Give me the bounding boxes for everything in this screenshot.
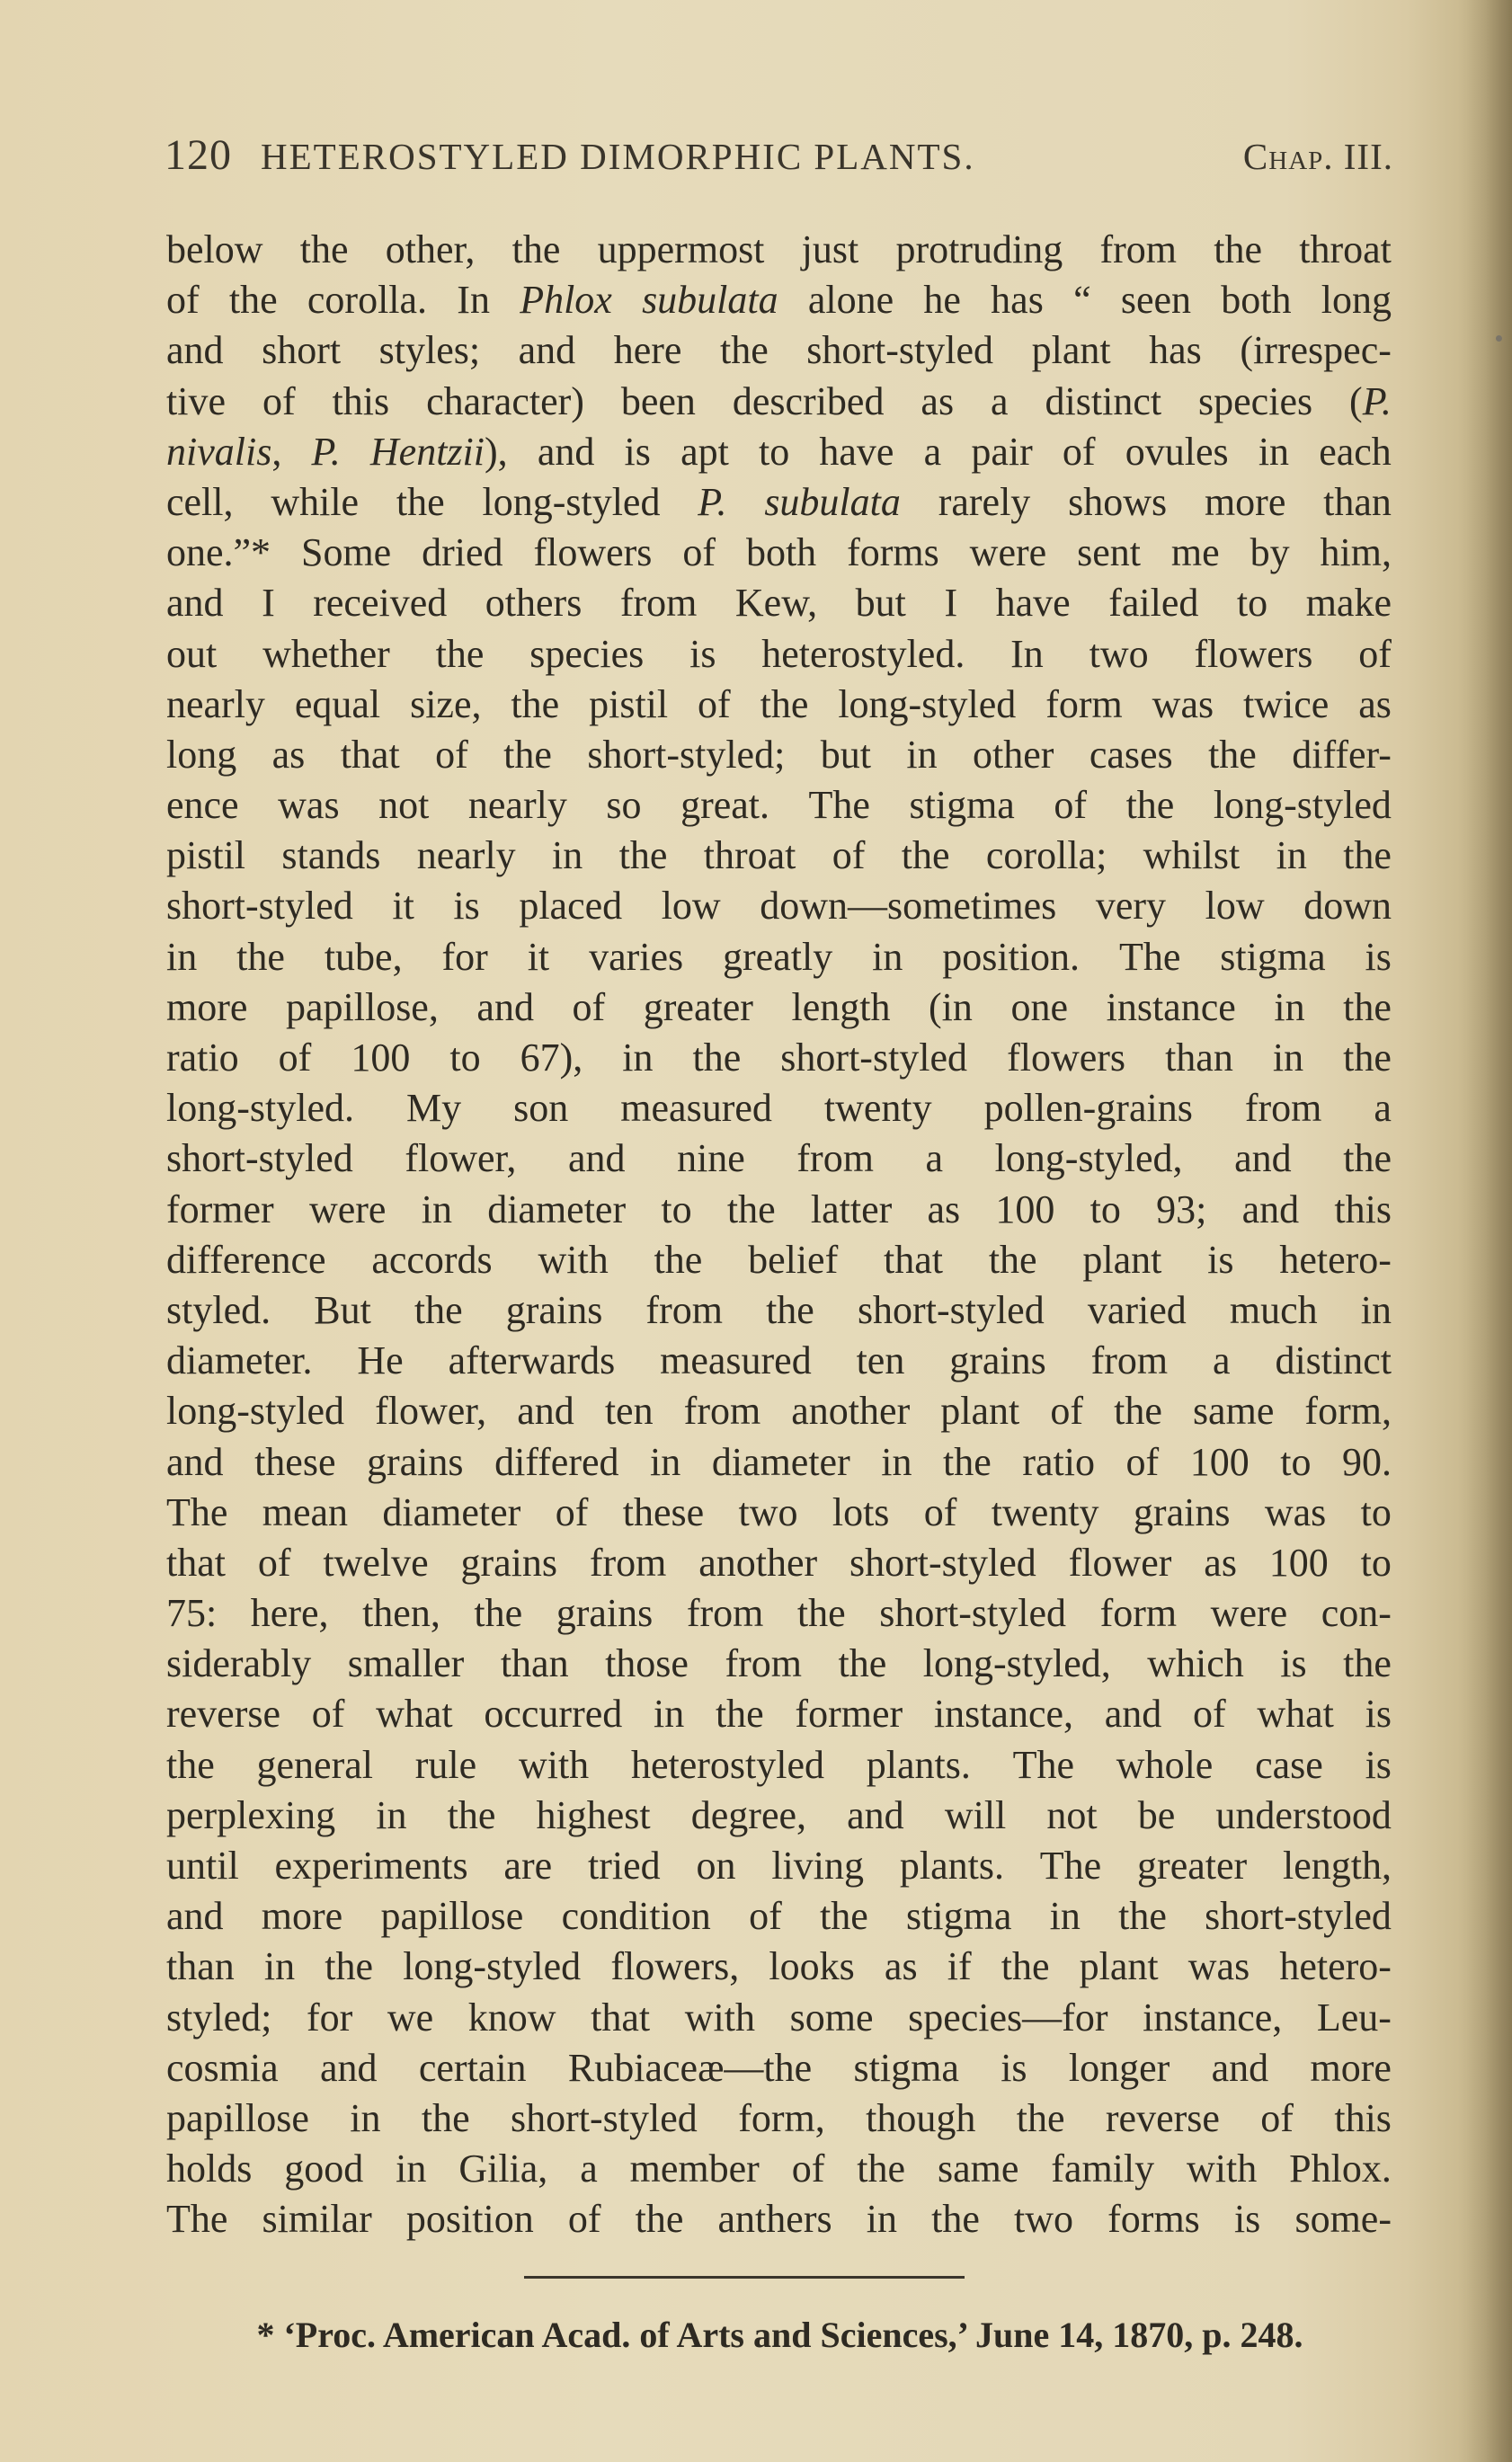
word: (irrespec-	[1240, 325, 1392, 376]
word: the	[760, 680, 809, 730]
word: The	[809, 780, 870, 831]
word: hetero-	[1279, 1942, 1392, 1992]
word: My	[406, 1083, 461, 1133]
word: experiments	[275, 1841, 468, 1891]
word: as	[928, 1185, 961, 1235]
word: so	[606, 780, 641, 831]
word: hetero-	[1279, 1235, 1392, 1285]
text-line: Themeandiameterofthesetwolotsoftwentygra…	[166, 1488, 1392, 1538]
word: of	[832, 831, 866, 881]
word: plants.	[900, 1841, 1004, 1891]
word: family	[1051, 2144, 1154, 2194]
word: Some	[301, 528, 391, 578]
word: other,	[386, 225, 476, 275]
word: same	[938, 2144, 1018, 2194]
word: twelve	[323, 1538, 428, 1588]
text-line: longasthatoftheshort-styled;butinotherca…	[166, 730, 1392, 780]
word: belief	[748, 1235, 838, 1285]
word: below	[166, 225, 263, 275]
word: to	[449, 1033, 480, 1083]
word: is	[1280, 1639, 1306, 1689]
word: and	[1105, 1689, 1162, 1739]
word: be	[1138, 1791, 1176, 1841]
word: whole	[1116, 1740, 1214, 1791]
word: these	[623, 1488, 704, 1538]
word: certain	[419, 2043, 527, 2093]
word: of	[698, 680, 731, 730]
word: of	[166, 275, 200, 325]
text-line: thegeneralrulewithheterostyledplants.The…	[166, 1740, 1392, 1791]
word: nearly	[417, 831, 516, 881]
word: stigma	[910, 780, 1015, 831]
word: the	[236, 932, 285, 982]
text-line: diameter.Heafterwardsmeasuredtengrainsfr…	[166, 1336, 1392, 1386]
word: as	[921, 377, 954, 427]
word: Gilia,	[458, 2144, 547, 2194]
word: which	[1147, 1639, 1244, 1689]
text-line: andIreceivedothersfromKew,butIhavefailed…	[166, 578, 1392, 628]
word: in	[376, 1791, 406, 1841]
word: in	[264, 1942, 295, 1992]
word: highest	[537, 1791, 651, 1841]
text-line: one.”*Somedriedflowersofbothformsweresen…	[166, 528, 1392, 578]
word: nivalis,	[166, 427, 281, 477]
word: the	[931, 2194, 980, 2244]
word: from	[687, 1588, 764, 1639]
word: what	[1257, 1689, 1334, 1739]
word: short-styled;	[587, 730, 785, 780]
word: grains	[367, 1437, 464, 1488]
word: grains	[506, 1285, 603, 1336]
text-line: nivalis,P.Hentzii),andisapttohaveapairof…	[166, 427, 1392, 477]
word: size,	[410, 680, 481, 730]
word: nine	[677, 1133, 745, 1184]
word: understood	[1215, 1791, 1392, 1841]
word: more	[262, 1891, 342, 1942]
text-line: outwhetherthespeciesisheterostyled.Intwo…	[166, 629, 1392, 680]
word: longer	[1069, 2043, 1170, 2093]
word: rarely	[938, 477, 1031, 528]
word: distinct	[1275, 1336, 1392, 1386]
word: in	[1273, 1033, 1303, 1083]
word: but	[821, 730, 871, 780]
word: I	[944, 578, 957, 628]
word: corolla;	[986, 831, 1107, 881]
word: great.	[680, 780, 769, 831]
word: of	[1054, 780, 1087, 831]
word: But	[314, 1285, 371, 1336]
word: the	[166, 1740, 215, 1791]
word: pistil	[589, 680, 668, 730]
word: in	[350, 2093, 380, 2144]
word: and	[568, 1133, 626, 1184]
footnote-rule	[524, 2276, 965, 2279]
word: are	[503, 1841, 552, 1891]
word: as	[885, 1942, 918, 1992]
word: of	[279, 1033, 312, 1083]
word: flowers	[1194, 629, 1312, 680]
text-line: andmorepapilloseconditionofthestigmainth…	[166, 1891, 1392, 1942]
word: the	[1208, 730, 1257, 780]
word: was	[1265, 1488, 1326, 1538]
word: another	[698, 1538, 817, 1588]
word: than	[501, 1639, 569, 1689]
word: that	[341, 730, 400, 780]
word: is	[625, 427, 651, 477]
word: a	[1213, 1336, 1231, 1386]
word: that	[591, 1993, 650, 2043]
word: of	[258, 1538, 291, 1588]
text-line: andthesegrainsdifferedindiameterintherat…	[166, 1437, 1392, 1488]
word: instance,	[1143, 1993, 1282, 2043]
word: nearly	[468, 780, 567, 831]
word: 67),	[520, 1033, 583, 1083]
word: ratio	[166, 1033, 239, 1083]
word: of	[312, 1689, 345, 1739]
word: in	[1361, 1285, 1392, 1336]
word: from	[796, 1133, 874, 1184]
word: ten	[605, 1386, 654, 1436]
text-line: tiveofthischaracter)beendescribedasadist…	[166, 377, 1392, 427]
word: short-styled	[1205, 1891, 1392, 1942]
word: the	[654, 1235, 703, 1285]
word: latter	[811, 1185, 892, 1235]
word: cases	[1090, 730, 1173, 780]
word: the	[1017, 2093, 1065, 2144]
word: down	[1303, 881, 1392, 931]
word: and	[166, 578, 224, 628]
word: The	[1040, 1841, 1101, 1891]
word: will	[945, 1791, 1006, 1841]
word: The	[166, 1488, 227, 1538]
word: heterostyled.	[761, 629, 965, 680]
word: twice	[1243, 680, 1329, 730]
word: pair	[971, 427, 1032, 477]
word: throat	[704, 831, 796, 881]
word: with	[1187, 2144, 1257, 2194]
word: Phlox.	[1289, 2144, 1392, 2194]
word: out	[166, 629, 217, 680]
word: stigma	[854, 2043, 959, 2093]
word: was	[1152, 680, 1214, 730]
word: apt	[680, 427, 729, 477]
word: “	[1073, 275, 1091, 325]
word: subulata	[764, 477, 901, 528]
word: much	[1230, 1285, 1318, 1336]
word: the	[300, 225, 349, 275]
word: Phlox	[520, 275, 612, 325]
word: protruding	[895, 225, 1063, 275]
word: the	[1126, 780, 1175, 831]
word: and	[538, 427, 595, 477]
word: long-styled	[838, 680, 1016, 730]
word: in	[1259, 427, 1289, 477]
text-line: ratioof100to67),intheshort-styledflowers…	[166, 1033, 1392, 1083]
page-edge-shadow	[1458, 0, 1512, 2462]
word: short-styled	[879, 1588, 1066, 1639]
book-page: 120 HETEROSTYLED DIMORPHIC PLANTS. Chap.…	[0, 0, 1512, 2462]
chapter-label: Chap. III.	[1243, 135, 1393, 178]
text-line: thaninthelong-styledflowers,looksasifthe…	[166, 1942, 1392, 1992]
word: two	[738, 1488, 797, 1538]
word: species	[529, 629, 644, 680]
word: position	[406, 2194, 534, 2244]
word: then,	[362, 1588, 440, 1639]
word: 100	[1190, 1437, 1250, 1488]
word: grains	[460, 1538, 557, 1588]
word: is	[1365, 1740, 1392, 1791]
word: the	[693, 1033, 742, 1083]
word: stands	[281, 831, 380, 881]
running-title: HETEROSTYLED DIMORPHIC PLANTS.	[261, 135, 1243, 178]
word: (in	[929, 982, 973, 1033]
word: more	[1205, 477, 1285, 528]
word: con-	[1321, 1588, 1392, 1639]
word: flower	[1069, 1538, 1172, 1588]
word: sent	[1077, 528, 1141, 578]
word: described	[733, 377, 885, 427]
word: looks	[769, 1942, 854, 1992]
word: with	[519, 1740, 589, 1791]
word: short-styled	[166, 881, 353, 931]
word: not	[378, 780, 429, 831]
word: the	[902, 831, 950, 881]
word: grains	[556, 1588, 654, 1639]
word: cell,	[166, 477, 234, 528]
word: the	[1118, 1891, 1167, 1942]
word: cosmia	[166, 2043, 279, 2093]
word: 93;	[1156, 1185, 1206, 1235]
word: another	[791, 1386, 910, 1436]
word: in	[867, 2194, 897, 2244]
word: by	[1250, 528, 1290, 578]
word: measured	[620, 1083, 772, 1133]
word: In	[457, 275, 490, 325]
word: instance	[1107, 982, 1236, 1033]
word: this	[333, 377, 390, 427]
word: papillose,	[286, 982, 439, 1033]
text-line: styled.Butthegrainsfromtheshort-styledva…	[166, 1285, 1392, 1336]
word: the	[797, 1588, 846, 1639]
word: if	[947, 1942, 972, 1992]
word: former	[795, 1689, 903, 1739]
word: than	[1323, 477, 1392, 528]
word: with	[685, 1993, 755, 2043]
text-line: papilloseintheshort-styledform,thoughthe…	[166, 2093, 1392, 2144]
word: short-styled	[166, 1133, 353, 1184]
word: long	[166, 730, 236, 780]
word: rule	[415, 1740, 476, 1791]
word: from	[590, 1538, 667, 1588]
word: from	[620, 578, 698, 628]
word: long-styled	[403, 1942, 581, 1992]
word: flower,	[375, 1386, 486, 1436]
word: member	[630, 2144, 760, 2194]
word: flowers,	[610, 1942, 739, 1992]
word: the	[474, 1588, 522, 1639]
text-line: differenceaccordswiththebeliefthatthepla…	[166, 1235, 1392, 1285]
word: down—sometimes	[760, 881, 1056, 931]
word: two	[1090, 629, 1149, 680]
word: ence	[166, 780, 239, 831]
word: know	[468, 1993, 556, 2043]
text-line: encewasnotnearlysogreat.Thestigmaofthelo…	[166, 780, 1392, 831]
word: instance,	[934, 1689, 1073, 1739]
word: flower,	[405, 1133, 516, 1184]
word: pistil	[166, 831, 245, 881]
word: equal	[295, 680, 380, 730]
word: long-styled,	[923, 1639, 1111, 1689]
word: pollen-grains	[984, 1083, 1193, 1133]
word: the	[396, 477, 445, 528]
word: forms	[1107, 2194, 1200, 2244]
word: the	[503, 730, 552, 780]
word: long-styled.	[166, 1083, 354, 1133]
word: here,	[251, 1588, 329, 1639]
word: and	[1234, 1133, 1292, 1184]
word: degree,	[691, 1791, 806, 1841]
word: P.	[698, 477, 726, 528]
text-line: long-styledflower,andtenfromanotherplant…	[166, 1386, 1392, 1436]
text-line: formerwereindiametertothelatteras100to93…	[166, 1185, 1392, 1235]
word: in	[1274, 982, 1304, 1033]
word: very	[1096, 881, 1166, 931]
word: varies	[589, 932, 683, 982]
word: former	[166, 1185, 274, 1235]
word: of	[556, 1488, 589, 1538]
word: Leu-	[1317, 1993, 1392, 2043]
word: tube,	[325, 932, 403, 982]
word: the	[720, 325, 769, 376]
word: in	[166, 932, 197, 982]
word: it	[392, 881, 414, 931]
word: diameter.	[166, 1336, 313, 1386]
text-line: long-styled.Mysonmeasuredtwentypollen-gr…	[166, 1083, 1392, 1133]
word: similar	[262, 2194, 372, 2244]
word: the	[325, 1942, 373, 1992]
word: to	[661, 1185, 691, 1235]
word: the	[943, 1437, 992, 1488]
word: condition	[562, 1891, 711, 1942]
word: long-styled	[482, 477, 660, 528]
text-line: 75:here,then,thegrainsfromtheshort-style…	[166, 1588, 1392, 1639]
word: of	[1260, 2093, 1294, 2144]
text-line: thatoftwelvegrainsfromanothershort-style…	[166, 1538, 1392, 1588]
word: low	[1205, 881, 1265, 931]
word: I	[262, 578, 275, 628]
word: placed	[519, 881, 622, 931]
word: 100	[351, 1033, 410, 1083]
word: one	[1011, 982, 1069, 1033]
word: the	[511, 680, 559, 730]
word: than	[166, 1942, 235, 1992]
word: in	[622, 1033, 653, 1083]
word: lots	[832, 1488, 890, 1538]
word: but	[856, 578, 906, 628]
word: dried	[422, 528, 503, 578]
word: the	[636, 2194, 684, 2244]
word: nearly	[166, 680, 265, 730]
word: greatly	[723, 932, 832, 982]
word: of	[924, 1488, 957, 1538]
text-line: andshortstyles;andheretheshort-styledpla…	[166, 325, 1392, 376]
word: grains	[1134, 1488, 1231, 1538]
word: reverse	[1106, 2093, 1220, 2144]
word: length,	[1283, 1841, 1392, 1891]
word: the	[857, 2144, 905, 2194]
word: to	[1280, 1437, 1311, 1488]
word: He	[357, 1336, 403, 1386]
running-head: 120 HETEROSTYLED DIMORPHIC PLANTS. Chap.…	[165, 130, 1393, 184]
word: and	[476, 982, 534, 1033]
word: Hentzii),	[370, 427, 508, 477]
word: from	[645, 1285, 723, 1336]
word: form	[1100, 1588, 1178, 1639]
word: of	[435, 730, 468, 780]
word: diameter	[487, 1185, 626, 1235]
word: it	[528, 932, 549, 982]
word: and	[166, 1891, 224, 1942]
word: ratio	[1022, 1437, 1095, 1488]
word: has	[991, 275, 1044, 325]
word: is	[1207, 1235, 1233, 1285]
word: here	[614, 325, 682, 376]
word: living	[771, 1841, 864, 1891]
word: of	[792, 2144, 825, 2194]
word: diameter	[382, 1488, 520, 1538]
word: for	[441, 932, 487, 982]
word: son	[513, 1083, 568, 1133]
word: is	[453, 881, 479, 931]
word: low	[662, 881, 721, 931]
word: long-styled	[166, 1386, 344, 1436]
word: to	[1361, 1488, 1392, 1538]
word: to	[1090, 1185, 1121, 1235]
word: reverse	[166, 1689, 280, 1739]
word: the	[989, 1235, 1037, 1285]
word: from	[1099, 225, 1177, 275]
word: to	[1237, 578, 1267, 628]
word: perplexing	[166, 1791, 335, 1841]
paper-speck	[1496, 335, 1502, 342]
text-line: morepapillose,andofgreaterlength(inonein…	[166, 982, 1392, 1033]
word: the	[727, 1185, 776, 1235]
word: mean	[262, 1488, 348, 1538]
word: form,	[738, 2093, 825, 2144]
word: in	[552, 831, 583, 881]
word: have	[819, 427, 894, 477]
word: styled.	[166, 1285, 271, 1336]
word: the	[512, 225, 561, 275]
word: from	[684, 1386, 761, 1436]
word: differed	[494, 1437, 618, 1488]
word: the	[820, 1891, 868, 1942]
word: papillose	[166, 2093, 309, 2144]
word: of	[682, 528, 716, 578]
word: of	[262, 377, 296, 427]
text-line: Thesimilarpositionoftheanthersinthetwofo…	[166, 2194, 1392, 2244]
word: short-styled	[780, 1033, 967, 1083]
word: twenty	[992, 1488, 1099, 1538]
word: heterostyled	[631, 1740, 824, 1791]
word: plant	[940, 1386, 1019, 1436]
word: make	[1306, 578, 1392, 628]
word: long	[1321, 275, 1392, 325]
word: forms	[847, 528, 939, 578]
word: form,	[1304, 1386, 1392, 1436]
word: to	[1361, 1538, 1392, 1588]
word: these	[254, 1437, 335, 1488]
